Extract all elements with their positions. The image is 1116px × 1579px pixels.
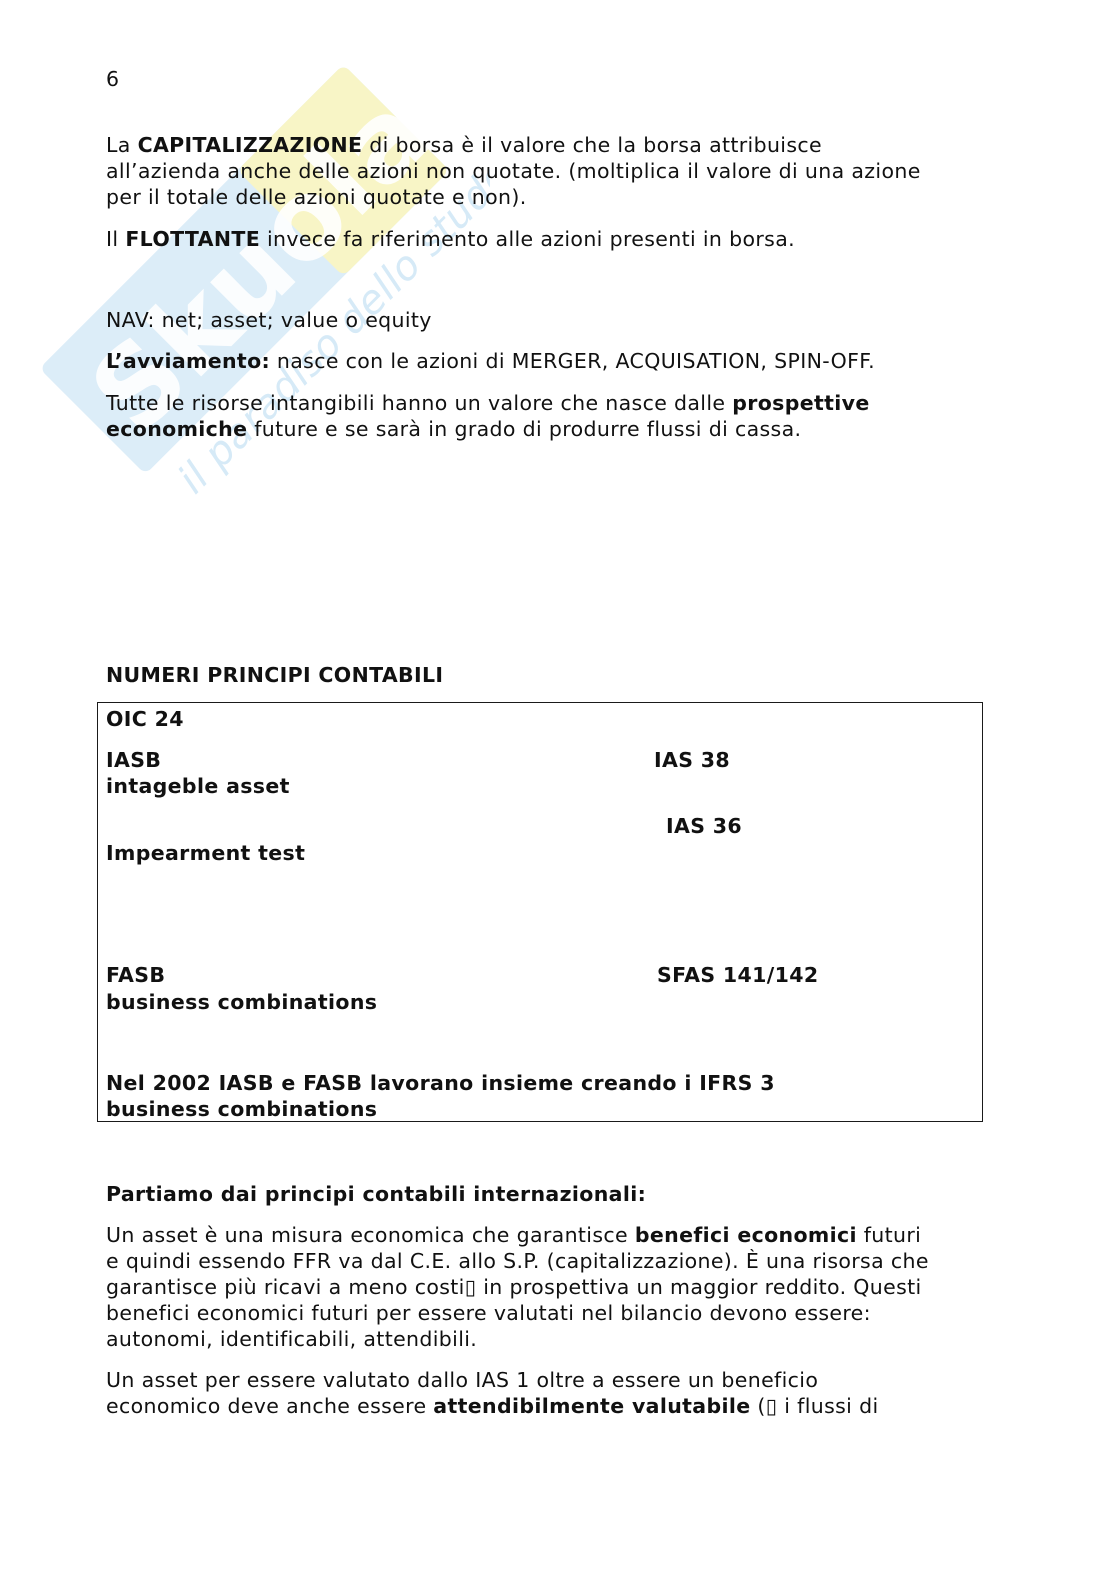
box-ias36: IAS 36 (666, 813, 742, 839)
page-number: 6 (106, 66, 119, 92)
box-nel-2002: Nel 2002 IASB e FASB lavorano insieme cr… (106, 1070, 775, 1096)
term-prospettive: prospettive (732, 391, 869, 415)
box-intangible-asset: intageble asset (106, 773, 290, 799)
document-page: 6 La CAPITALIZZAZIONE di borsa è il valo… (0, 0, 1116, 1579)
asset-line-1: Un asset è una misura economica che gara… (106, 1222, 921, 1248)
nav-paragraph: NAV: net; asset; value o equity (106, 307, 432, 333)
text: futuri (857, 1223, 921, 1247)
text: future e se sarà in grado di produrre fl… (247, 417, 801, 441)
ias1-line-1: Un asset per essere valutato dallo IAS 1… (106, 1367, 818, 1393)
term-attendibilmente-valutabile: attendibilmente valutabile (433, 1394, 750, 1418)
box-iasb: IASB (106, 747, 161, 773)
box-oic: OIC 24 (106, 706, 184, 732)
asset-line-2: e quindi essendo FFR va dal C.E. allo S.… (106, 1248, 929, 1274)
asset-line-3: garantisce più ricavi a meno costi▯ in p… (106, 1274, 922, 1300)
term-flottante: FLOTTANTE (125, 227, 260, 251)
asset-line-4: benefici economici futuri per essere val… (106, 1300, 871, 1326)
box-impairment-test: Impearment test (106, 840, 305, 866)
capitalizzazione-line-3: per il totale delle azioni quotate e non… (106, 184, 527, 210)
box-business-combinations-1: business combinations (106, 989, 377, 1015)
principi-contabili-heading: NUMERI PRINCIPI CONTABILI (106, 662, 443, 688)
avviamento-paragraph: L’avviamento: nasce con le azioni di MER… (106, 348, 875, 374)
flottante-paragraph: Il FLOTTANTE invece fa riferimento alle … (106, 226, 795, 252)
ias1-line-2: economico deve anche essere attendibilme… (106, 1393, 879, 1419)
box-business-combinations-2: business combinations (106, 1096, 377, 1122)
capitalizzazione-line-1: La CAPITALIZZAZIONE di borsa è il valore… (106, 132, 822, 158)
text: Un asset è una misura economica che gara… (106, 1223, 635, 1247)
risorse-line-2: economiche future e se sarà in grado di … (106, 416, 801, 442)
text: economico deve anche essere (106, 1394, 433, 1418)
term-capitalizzazione: CAPITALIZZAZIONE (138, 133, 363, 157)
text: invece fa riferimento alle azioni presen… (260, 227, 795, 251)
text: Tutte le risorse intangibili hanno un va… (106, 391, 732, 415)
text: nasce con le azioni di MERGER, ACQUISATI… (270, 349, 875, 373)
term-avviamento: L’avviamento: (106, 349, 270, 373)
text: (▯ i flussi di (751, 1394, 879, 1418)
internazionali-heading: Partiamo dai principi contabili internaz… (106, 1181, 646, 1207)
text: Il (106, 227, 125, 251)
risorse-line-1: Tutte le risorse intangibili hanno un va… (106, 390, 870, 416)
box-sfas: SFAS 141/142 (657, 962, 818, 988)
box-ias38: IAS 38 (654, 747, 730, 773)
term-economiche: economiche (106, 417, 247, 441)
box-fasb: FASB (106, 962, 165, 988)
text: di borsa è il valore che la borsa attrib… (362, 133, 822, 157)
text: La (106, 133, 138, 157)
term-benefici-economici: benefici economici (635, 1223, 857, 1247)
capitalizzazione-line-2: all’azienda anche delle azioni non quota… (106, 158, 921, 184)
principi-contabili-box (97, 702, 983, 1122)
asset-line-5: autonomi, identificabili, attendibili. (106, 1326, 477, 1352)
